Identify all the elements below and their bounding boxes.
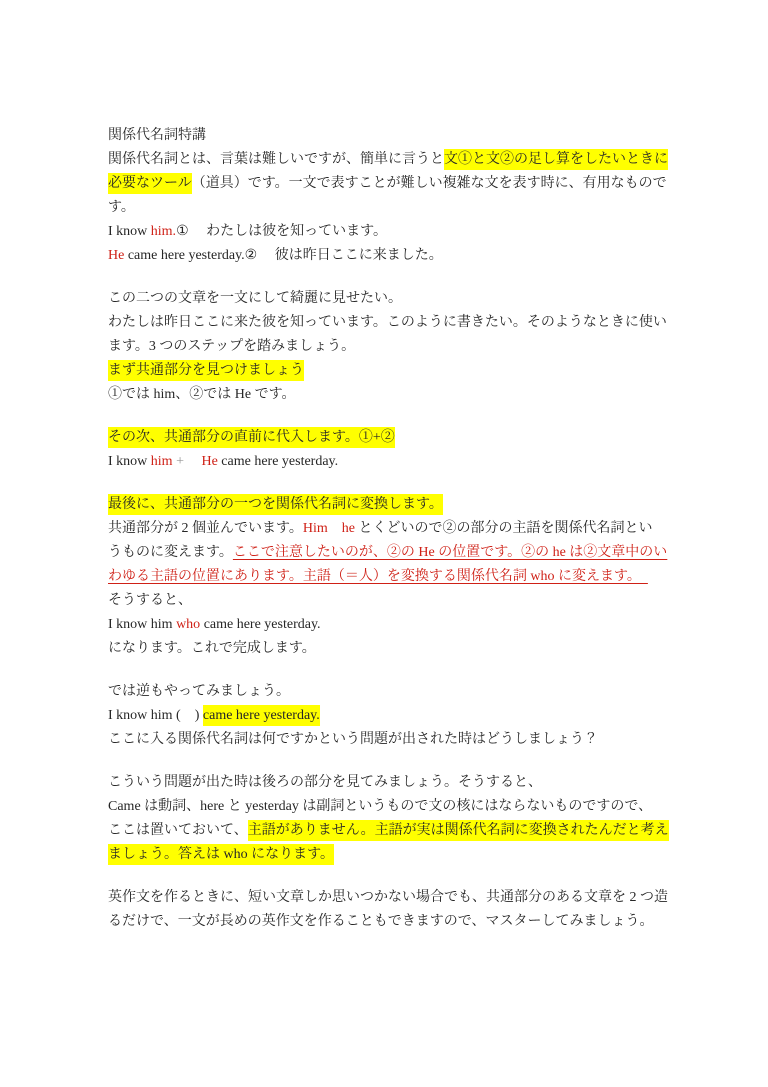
blank-line [108, 867, 672, 886]
red-text-run: him [151, 454, 173, 469]
text-line: ①では him、②では He です。 [108, 383, 672, 407]
document-content: 関係代名詞特講関係代名詞とは、言葉は難しいですが、簡単に言うと文①と文②の足し算… [108, 124, 672, 934]
text-run [184, 454, 202, 469]
text-line: I know him + He came here yesterday. [108, 450, 672, 474]
blank-line [108, 268, 672, 287]
text-line: I know him who came here yesterday. [108, 613, 672, 637]
text-run: 関係代名詞特講 [108, 128, 206, 143]
highlighted-text-run: まず共通部分を見つけましょう [108, 360, 304, 381]
text-line: Came は動詞、here と yesterday は副詞というもので文の核には… [108, 795, 672, 819]
document-page: 関係代名詞特講関係代名詞とは、言葉は難しいですが、簡単に言うと文①と文②の足し算… [0, 0, 768, 1087]
text-run: came here yesterday. [218, 454, 338, 469]
text-run: わたしは昨日ここに来た彼を知っています。このように書きたい。そのようなときに使い [108, 315, 667, 330]
text-run: 共通部分が 2 個並んでいます。 [108, 521, 303, 536]
highlighted-text-run: 必要なツール [108, 173, 192, 194]
text-run: I know [108, 454, 151, 469]
text-line: 英作文を作るときに、短い文章しか思いつかない場合でも、共通部分のある文章を 2 … [108, 886, 672, 910]
document-lines: 関係代名詞特講関係代名詞とは、言葉は難しいですが、簡単に言うと文①と文②の足し算… [108, 124, 672, 934]
text-run: す。 [108, 200, 135, 215]
text-line: るだけで、一文が長めの英作文を作ることもできますので、マスターしてみましょう。 [108, 910, 672, 934]
highlighted-text-run: 最後に、共通部分の一つを関係代名詞に変換します。 [108, 494, 443, 515]
text-run: came here yesterday. [200, 617, 320, 632]
red-text-run: He [201, 454, 217, 469]
text-line: ましょう。答えは who になります。 [108, 843, 672, 867]
text-run: I know [108, 224, 151, 239]
highlighted-text-run: その次、共通部分の直前に代入します。①+② [108, 427, 395, 448]
text-run: （道具）です。一文で表すことが難しい複雑な文を表す時に、有用なもので [192, 176, 667, 191]
blank-line [108, 407, 672, 426]
blank-line [108, 474, 672, 493]
text-run: この二つの文章を一文にして綺麗に見せたい。 [108, 291, 402, 306]
text-run: こういう問題が出た時は後ろの部分を見てみましょう。そうすると、 [108, 775, 542, 790]
text-line: 必要なツール（道具）です。一文で表すことが難しい複雑な文を表す時に、有用なもので [108, 172, 672, 196]
text-run: るだけで、一文が長めの英作文を作ることもできますので、マスターしてみましょう。 [108, 914, 653, 929]
text-run: では逆もやってみましょう。 [108, 684, 290, 699]
text-run: になります。これで完成します。 [108, 641, 316, 656]
text-line: まず共通部分を見つけましょう [108, 359, 672, 383]
plus-sign: + [176, 454, 184, 469]
text-line: では逆もやってみましょう。 [108, 680, 672, 704]
blank-line [108, 661, 672, 680]
text-line: こういう問題が出た時は後ろの部分を見てみましょう。そうすると、 [108, 771, 672, 795]
text-run: とくどいので②の部分の主語を関係代名詞とい [355, 521, 653, 536]
red-text-run: Him he [303, 521, 355, 536]
text-run: ①では him、②では He です。 [108, 387, 295, 402]
red-text-run: He [108, 248, 124, 263]
text-line: す。 [108, 196, 672, 220]
text-line: 関係代名詞特講 [108, 124, 672, 148]
text-line: 最後に、共通部分の一つを関係代名詞に変換します。 [108, 493, 672, 517]
text-run: 英作文を作るときに、短い文章しか思いつかない場合でも、共通部分のある文章を 2 … [108, 890, 668, 905]
text-line: I know him.① わたしは彼を知っています。 [108, 220, 672, 244]
text-run: ここは置いておいて、 [108, 823, 248, 838]
highlighted-text-run: 文①と文②の足し算をしたいときに [444, 149, 668, 170]
red-underline-text-run: わゆる主語の位置にあります。主語（＝人）を変換する関係代名詞 who に変えます… [108, 569, 648, 584]
text-run: ます。3 つのステップを踏みましょう。 [108, 339, 355, 354]
text-line: わゆる主語の位置にあります。主語（＝人）を変換する関係代名詞 who に変えます… [108, 565, 672, 589]
text-run: ① わたしは彼を知っています。 [176, 224, 387, 239]
text-line: I know him ( ) came here yesterday. [108, 704, 672, 728]
red-underline-text-run: ここで注意したいのが、②の He の位置です。②の he は②文章中のい [233, 545, 667, 560]
text-line: うものに変えます。ここで注意したいのが、②の He の位置です。②の he は②… [108, 541, 672, 565]
text-run: Came は動詞、here と yesterday は副詞というもので文の核には… [108, 799, 652, 814]
text-line: そうすると、 [108, 589, 672, 613]
text-line: 関係代名詞とは、言葉は難しいですが、簡単に言うと文①と文②の足し算をしたいときに [108, 148, 672, 172]
text-line: この二つの文章を一文にして綺麗に見せたい。 [108, 287, 672, 311]
text-line: になります。これで完成します。 [108, 637, 672, 661]
text-run: 関係代名詞とは、言葉は難しいですが、簡単に言うと [108, 152, 444, 167]
text-run: I know him ( ) [108, 708, 203, 723]
blank-line [108, 752, 672, 771]
highlighted-text-run: came here yesterday. [203, 705, 320, 726]
red-text-run: who [176, 617, 200, 632]
text-run: I know him [108, 617, 176, 632]
highlighted-text-run: ましょう。答えは who になります。 [108, 844, 334, 865]
text-line: ここは置いておいて、主語がありません。主語が実は関係代名詞に変換されたんだと考え [108, 819, 672, 843]
text-run: そうすると、 [108, 593, 192, 608]
text-line: ます。3 つのステップを踏みましょう。 [108, 335, 672, 359]
text-line: 共通部分が 2 個並んでいます。Him he とくどいので②の部分の主語を関係代… [108, 517, 672, 541]
highlighted-text-run: 主語がありません。主語が実は関係代名詞に変換されたんだと考え [248, 820, 669, 841]
text-run: うものに変えます。 [108, 545, 233, 560]
text-line: ここに入る関係代名詞は何ですかという問題が出された時はどうしましょう？ [108, 728, 672, 752]
text-line: He came here yesterday.② 彼は昨日ここに来ました。 [108, 244, 672, 268]
text-line: わたしは昨日ここに来た彼を知っています。このように書きたい。そのようなときに使い [108, 311, 672, 335]
text-line: その次、共通部分の直前に代入します。①+② [108, 426, 672, 450]
text-run: came here yesterday.② 彼は昨日ここに来ました。 [124, 248, 442, 263]
red-text-run: him. [151, 224, 176, 239]
text-run: ここに入る関係代名詞は何ですかという問題が出された時はどうしましょう？ [108, 732, 598, 747]
